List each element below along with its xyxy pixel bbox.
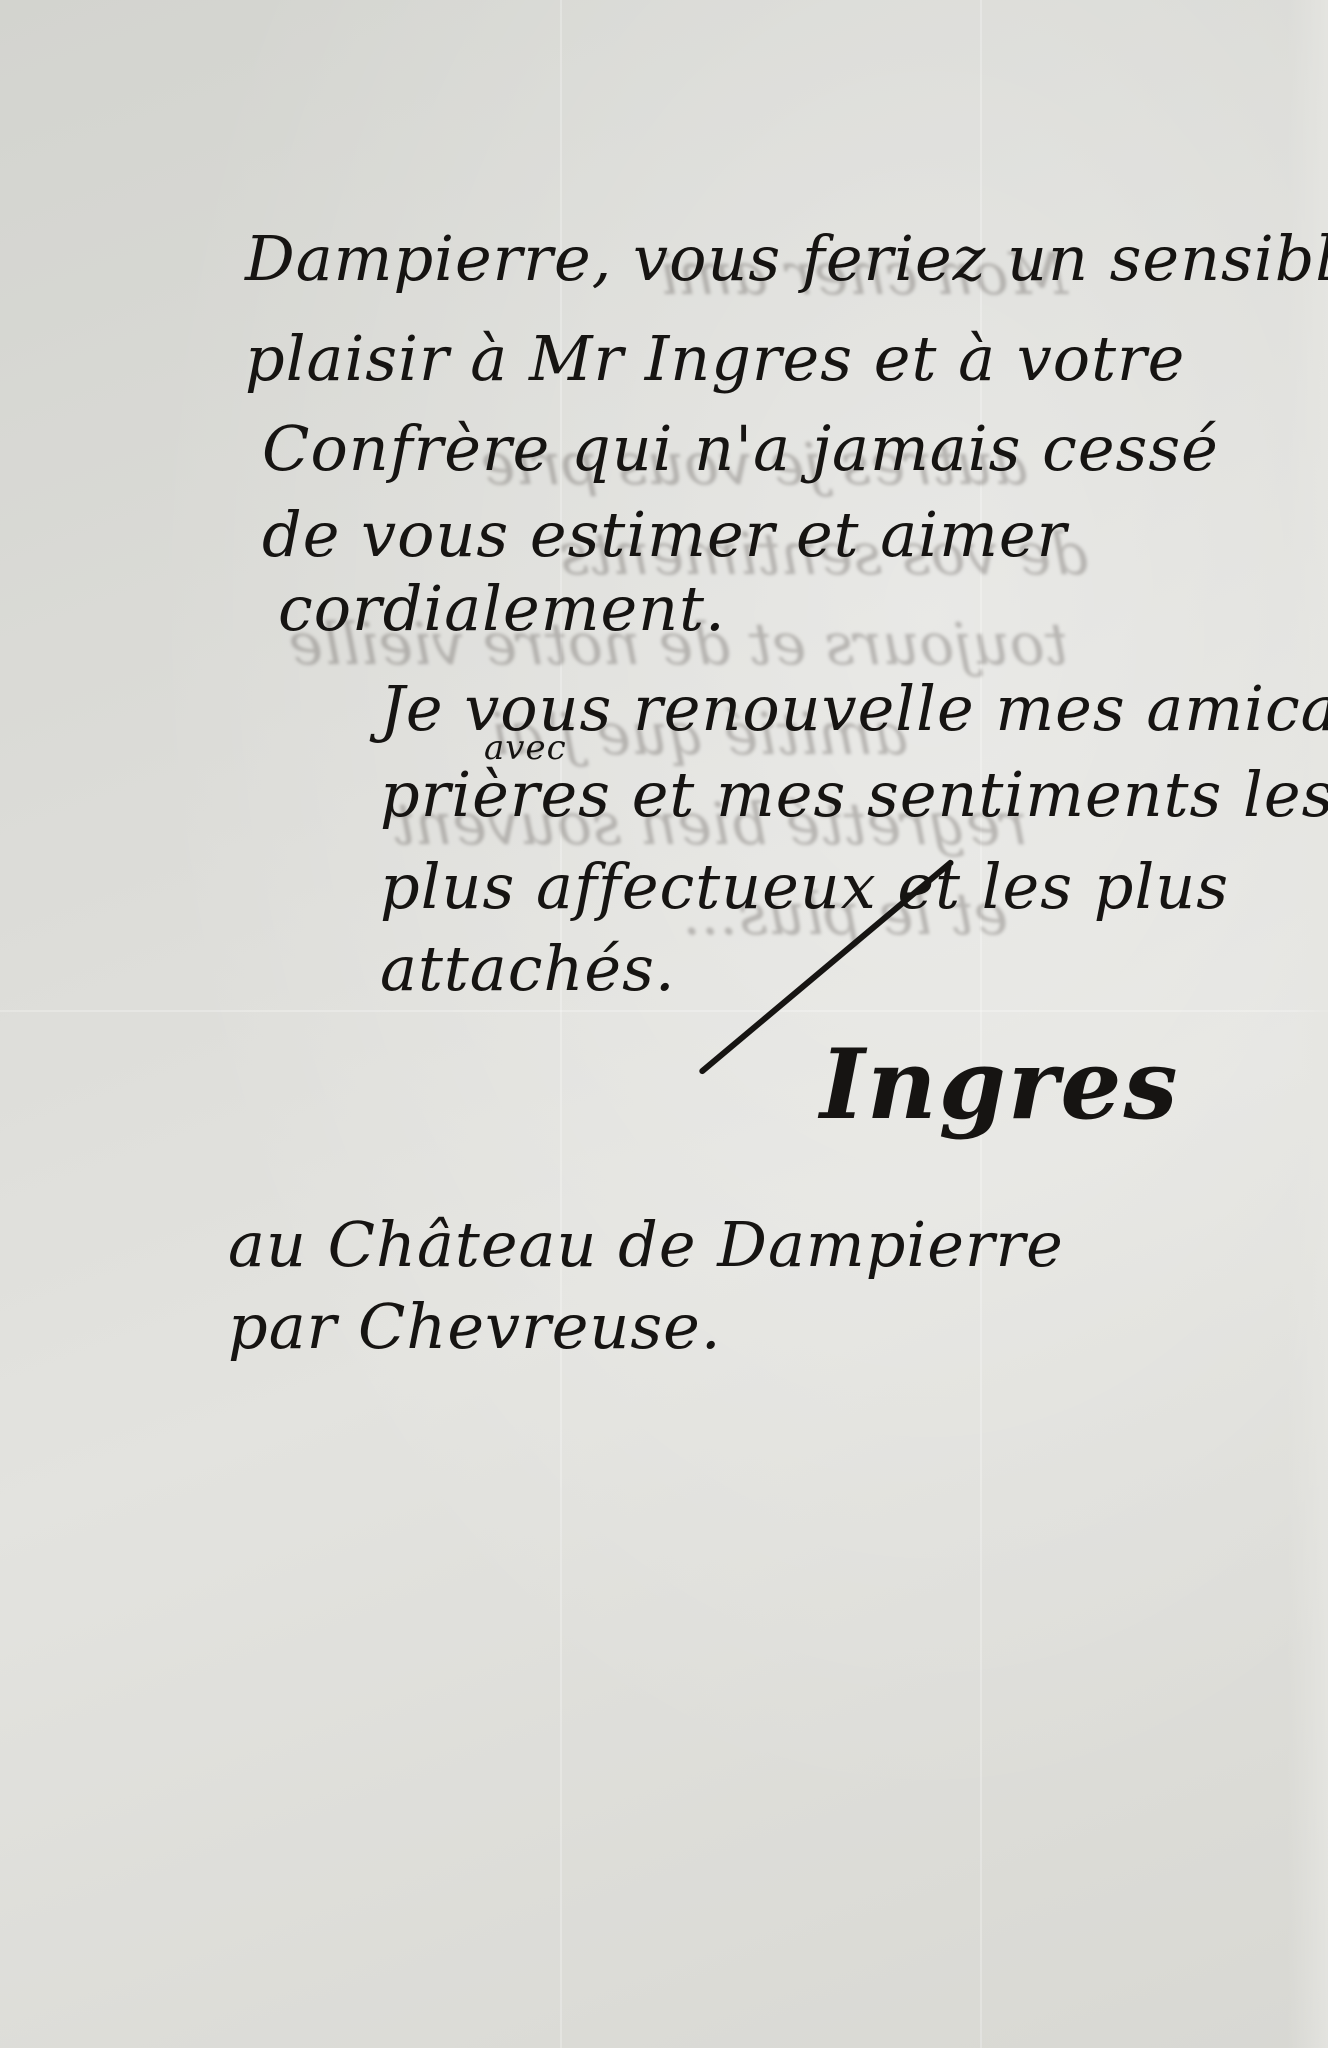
letter-line: plus affectueux et les plus — [380, 850, 1229, 923]
letter-line: Confrère qui n'a jamais cessé — [262, 412, 1219, 485]
letter-line: plaisir à Mr Ingres et à votre — [245, 322, 1185, 395]
address-line: par Chevreuse. — [228, 1290, 722, 1363]
letter-line: prières et mes sentiments les — [380, 758, 1328, 831]
letter-line: de vous estimer et aimer — [262, 498, 1067, 571]
bleed-through-text: Mon cher ami autres je vous prie de vos … — [0, 0, 1328, 2048]
letter-sheet: Mon cher ami autres je vous prie de vos … — [0, 0, 1328, 2048]
letter-line: cordialement. — [278, 572, 726, 645]
letter-line: Dampierre, vous feriez un sensible — [245, 222, 1328, 295]
address-line: au Château de Dampierre — [228, 1208, 1064, 1281]
letter-line: attachés. — [380, 932, 676, 1005]
signature: Ingres — [820, 1028, 1180, 1141]
